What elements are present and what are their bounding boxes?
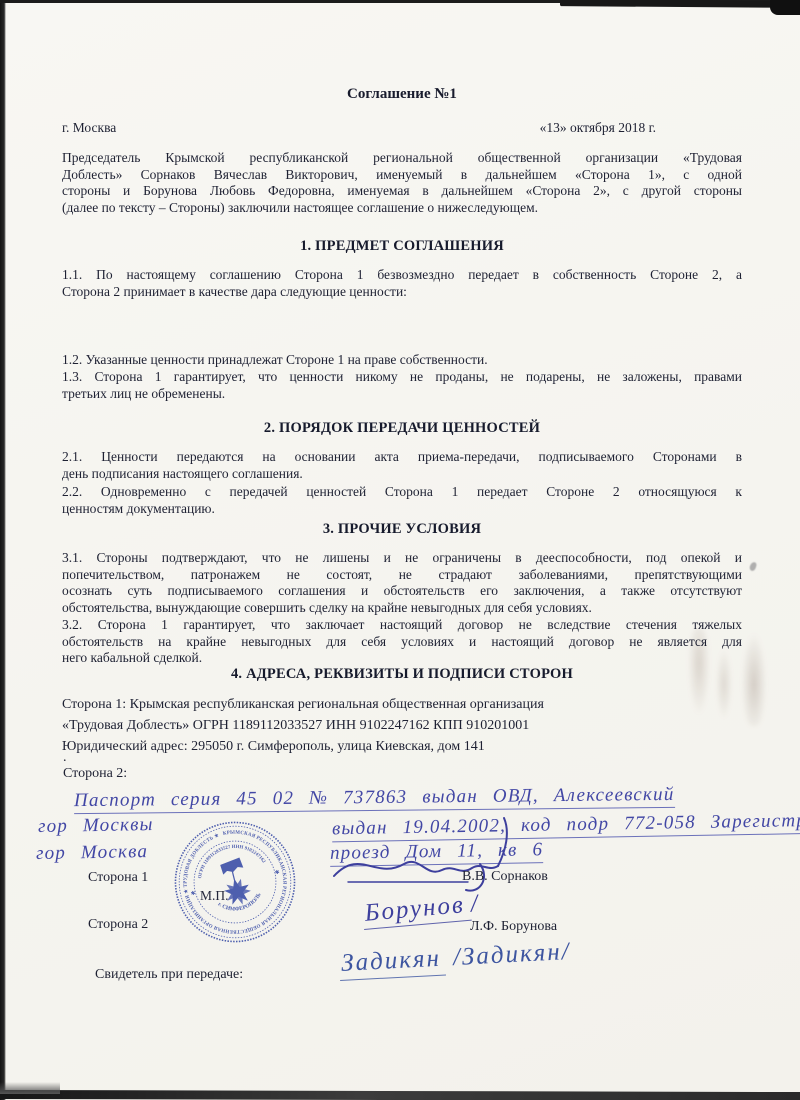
clause-line: обстоятельств на крайне невыгодных для с…	[62, 634, 742, 651]
scan-edge-left	[0, 0, 6, 1100]
clause-line: попечительством, патронажем не состоят, …	[62, 567, 742, 584]
party1-signature-label: Сторона 1	[88, 870, 148, 886]
clause-1-2: 1.2. Указанные ценности принадлежат Стор…	[62, 352, 742, 369]
clause-3-2: 3.2. Сторона 1 гарантирует, что заключае…	[62, 617, 742, 667]
party2-name: Л.Ф. Борунова	[470, 919, 557, 935]
scan-corner-top-right	[770, 0, 800, 15]
organization-stamp: КРЫМСКАЯ РЕСПУБЛИКАНСКАЯ РЕГИОНАЛЬНАЯ ОБ…	[143, 803, 326, 962]
party1-line: Сторона 1: Крымская республиканская реги…	[62, 694, 742, 715]
section-4-heading: 4. АДРЕСА, РЕКВИЗИТЫ И ПОДПИСИ СТОРОН	[62, 666, 742, 683]
clause-line: Сторона 2 принимает в качестве дара след…	[62, 284, 742, 301]
preamble-paragraph: Председатель Крымской республиканской ре…	[62, 150, 742, 216]
clause-line: третьих лиц не обременены.	[62, 386, 742, 403]
place-date-row: г. Москва «13» октября 2018 г.	[62, 120, 742, 137]
clause-3-1: 3.1. Стороны подтверждают, что не лишены…	[62, 550, 742, 616]
witness-signature-text: Задикян	[339, 945, 446, 981]
scan-edge-bottom	[0, 1090, 800, 1100]
party1-name: В.В. Сорнаков	[462, 869, 548, 885]
preamble-line: стороны и Борунова Любовь Федоровна, име…	[62, 183, 742, 200]
document-place: г. Москва	[62, 120, 116, 137]
document-title: Соглашение №1	[62, 86, 742, 103]
preamble-line: (далее по тексту – Стороны) заключили на…	[62, 200, 742, 217]
party1-requisites: Сторона 1: Крымская республиканская реги…	[62, 694, 742, 757]
clause-2-1: 2.1. Ценности передаются на основании ак…	[62, 449, 742, 482]
smudge-mark	[742, 634, 766, 726]
clause-line: 1.3. Сторона 1 гарантирует, что ценности…	[62, 369, 742, 386]
witness-label: Свидетель при передаче:	[95, 967, 243, 983]
document-date: «13» октября 2018 г.	[540, 120, 742, 137]
party1-line: «Трудовая Доблесть» ОГРН 1189112033527 И…	[62, 715, 742, 736]
section-2-heading: 2. ПОРЯДОК ПЕРЕДАЧИ ЦЕННОСТЕЙ	[62, 420, 742, 437]
handwritten-passport-line2-left: гор Москвы	[38, 814, 154, 838]
clause-1-3: 1.3. Сторона 1 гарантирует, что ценности…	[62, 369, 742, 402]
handwritten-passport-line3-left: гор Москва	[36, 841, 149, 865]
witness-signature-name: /Задикян/	[452, 938, 571, 971]
preamble-line: Доблесть» Сорнаков Вячеслав Викторович, …	[62, 167, 742, 184]
party2-label: Сторона 2:	[63, 766, 127, 782]
clause-line: 3.2. Сторона 1 гарантирует, что заключае…	[62, 617, 742, 634]
clause-line: обстоятельства, вынуждающие совершить сд…	[62, 600, 742, 617]
ink-speck	[749, 561, 757, 571]
scan-edge-top-right	[560, 0, 800, 8]
clause-line: ценностям документацию.	[62, 501, 742, 518]
clause-line: него кабальной сделкой.	[62, 650, 742, 667]
clause-2-2: 2.2. Одновременно с передачей ценностей …	[62, 484, 742, 517]
scanned-agreement-page: Соглашение №1 г. Москва «13» октября 201…	[0, 0, 800, 1100]
clause-1-1: 1.1. По настоящему соглашению Сторона 1 …	[62, 267, 742, 300]
section-1-heading: 1. ПРЕДМЕТ СОГЛАШЕНИЯ	[62, 238, 742, 255]
preamble-line: Председатель Крымской республиканской ре…	[62, 150, 742, 167]
clause-line: 1.1. По настоящему соглашению Сторона 1 …	[62, 267, 742, 284]
clause-line: день подписания настоящего соглашения.	[62, 466, 742, 483]
clause-line: 2.1. Ценности передаются на основании ак…	[62, 449, 742, 466]
clause-line: 2.2. Одновременно с передачей ценностей …	[62, 484, 742, 501]
party1-line: Юридический адрес: 295050 г. Симферополь…	[62, 736, 742, 757]
stray-period: .	[63, 750, 67, 766]
witness-signature: Задикян /Задикян/	[339, 938, 572, 978]
party2-signature-label: Сторона 2	[88, 917, 148, 933]
scan-corner-bottom-left	[0, 1082, 60, 1094]
clause-line: 3.1. Стороны подтверждают, что не лишены…	[62, 550, 742, 567]
section-3-heading: 3. ПРОЧИЕ УСЛОВИЯ	[62, 521, 742, 538]
clause-line: осознать суть подписываемого соглашения …	[62, 583, 742, 600]
handwritten-passport-line1: Паспорт серия 45 02 № 737863 выдан ОВД, …	[74, 784, 675, 814]
stamp-graphic: КРЫМСКАЯ РЕСПУБЛИКАНСКАЯ РЕГИОНАЛЬНАЯ ОБ…	[143, 803, 326, 962]
